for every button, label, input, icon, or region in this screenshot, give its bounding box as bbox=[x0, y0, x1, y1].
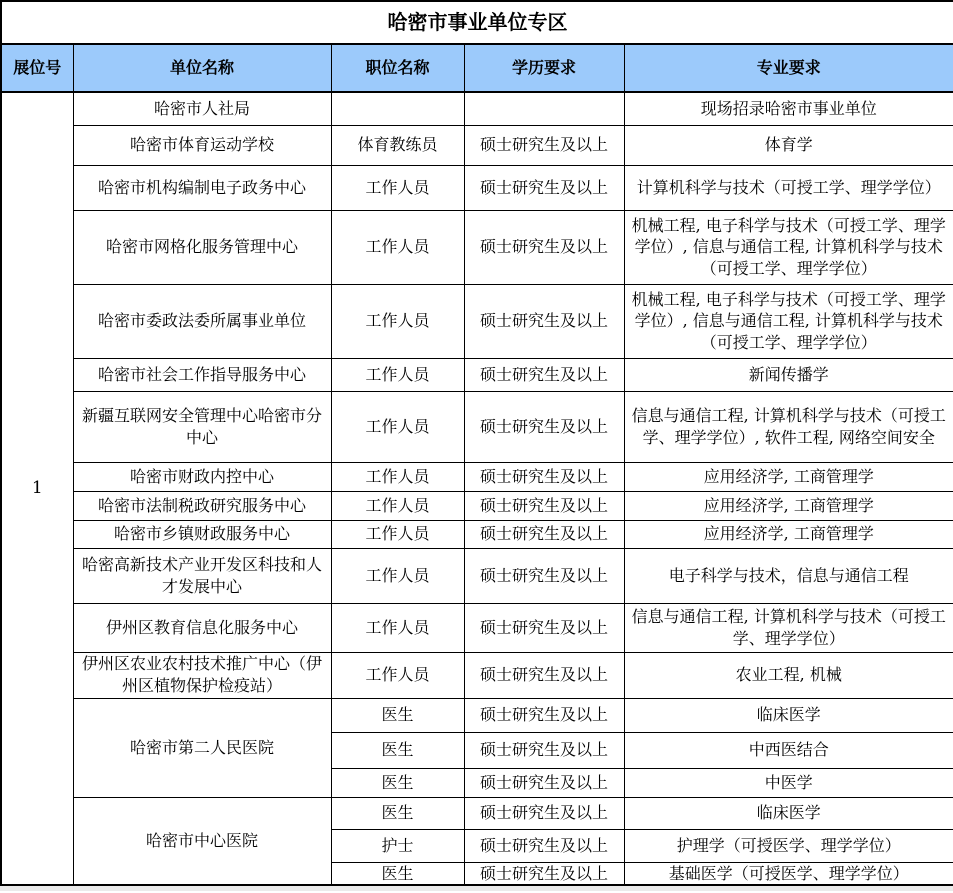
major-cell: 农业工程, 机械 bbox=[624, 652, 953, 698]
unit-cell: 哈密市委政法委所属事业单位 bbox=[73, 284, 331, 358]
education-cell: 硕士研究生及以上 bbox=[464, 491, 624, 520]
major-cell: 新闻传播学 bbox=[624, 358, 953, 391]
position-cell: 工作人员 bbox=[331, 491, 464, 520]
table-row: 伊州区教育信息化服务中心 工作人员 硕士研究生及以上 信息与通信工程, 计算机科… bbox=[1, 603, 953, 652]
major-cell: 现场招录哈密市事业单位 bbox=[624, 92, 953, 125]
position-cell bbox=[331, 92, 464, 125]
unit-cell: 哈密高新技术产业开发区科技和人才发展中心 bbox=[73, 548, 331, 603]
major-cell: 中西医结合 bbox=[624, 732, 953, 768]
unit-cell: 哈密市社会工作指导服务中心 bbox=[73, 358, 331, 391]
unit-cell: 伊州区教育信息化服务中心 bbox=[73, 603, 331, 652]
table-row: 哈密市机构编制电子政务中心 工作人员 硕士研究生及以上 计算机科学与技术（可授工… bbox=[1, 165, 953, 210]
education-cell: 硕士研究生及以上 bbox=[464, 732, 624, 768]
table-row: 哈密市财政内控中心 工作人员 硕士研究生及以上 应用经济学, 工商管理学 bbox=[1, 462, 953, 491]
major-cell: 应用经济学, 工商管理学 bbox=[624, 462, 953, 491]
education-cell: 硕士研究生及以上 bbox=[464, 829, 624, 862]
table-row: 哈密市社会工作指导服务中心 工作人员 硕士研究生及以上 新闻传播学 bbox=[1, 358, 953, 391]
table-row: 哈密市法制税政研究服务中心 工作人员 硕士研究生及以上 应用经济学, 工商管理学 bbox=[1, 491, 953, 520]
table-row: 新疆互联网安全管理中心哈密市分中心 工作人员 硕士研究生及以上 信息与通信工程,… bbox=[1, 391, 953, 462]
table-title-row: 哈密市事业单位专区 bbox=[1, 1, 953, 44]
position-cell: 医生 bbox=[331, 698, 464, 732]
education-cell: 硕士研究生及以上 bbox=[464, 462, 624, 491]
position-cell: 体育教练员 bbox=[331, 125, 464, 165]
education-cell: 硕士研究生及以上 bbox=[464, 698, 624, 732]
position-cell: 工作人员 bbox=[331, 284, 464, 358]
major-cell: 临床医学 bbox=[624, 698, 953, 732]
major-cell: 应用经济学, 工商管理学 bbox=[624, 520, 953, 548]
table-row: 哈密市中心医院 医生 硕士研究生及以上 临床医学 bbox=[1, 797, 953, 829]
table-row: 哈密市体育运动学校 体育教练员 硕士研究生及以上 体育学 bbox=[1, 125, 953, 165]
major-cell: 临床医学 bbox=[624, 797, 953, 829]
major-cell: 中医学 bbox=[624, 768, 953, 797]
table-row: 哈密市委政法委所属事业单位 工作人员 硕士研究生及以上 机械工程, 电子科学与技… bbox=[1, 284, 953, 358]
education-cell: 硕士研究生及以上 bbox=[464, 165, 624, 210]
col-header-unit: 单位名称 bbox=[73, 44, 331, 92]
education-cell: 硕士研究生及以上 bbox=[464, 768, 624, 797]
position-cell: 工作人员 bbox=[331, 165, 464, 210]
page-title: 哈密市事业单位专区 bbox=[1, 1, 953, 44]
position-cell: 医生 bbox=[331, 768, 464, 797]
booth-number-cell: 1 bbox=[1, 92, 73, 885]
major-cell: 电子科学与技术，信息与通信工程 bbox=[624, 548, 953, 603]
recruitment-table: 哈密市事业单位专区 展位号 单位名称 职位名称 学历要求 专业要求 1 哈密市人… bbox=[0, 0, 953, 886]
position-cell: 医生 bbox=[331, 732, 464, 768]
position-cell: 工作人员 bbox=[331, 391, 464, 462]
position-cell: 护士 bbox=[331, 829, 464, 862]
position-cell: 工作人员 bbox=[331, 652, 464, 698]
position-cell: 工作人员 bbox=[331, 520, 464, 548]
table-row: 哈密高新技术产业开发区科技和人才发展中心 工作人员 硕士研究生及以上 电子科学与… bbox=[1, 548, 953, 603]
major-cell: 基础医学（可授医学、理学学位） bbox=[624, 862, 953, 885]
position-cell: 工作人员 bbox=[331, 603, 464, 652]
unit-cell: 哈密市网格化服务管理中心 bbox=[73, 210, 331, 284]
table-row: 哈密市乡镇财政服务中心 工作人员 硕士研究生及以上 应用经济学, 工商管理学 bbox=[1, 520, 953, 548]
major-cell: 体育学 bbox=[624, 125, 953, 165]
table-row: 1 哈密市人社局 现场招录哈密市事业单位 bbox=[1, 92, 953, 125]
unit-cell: 哈密市第二人民医院 bbox=[73, 698, 331, 797]
education-cell: 硕士研究生及以上 bbox=[464, 548, 624, 603]
position-cell: 医生 bbox=[331, 862, 464, 885]
table-row: 伊州区农业农村技术推广中心（伊州区植物保护检疫站） 工作人员 硕士研究生及以上 … bbox=[1, 652, 953, 698]
table-row: 哈密市第二人民医院 医生 硕士研究生及以上 临床医学 bbox=[1, 698, 953, 732]
col-header-major: 专业要求 bbox=[624, 44, 953, 92]
major-cell: 机械工程, 电子科学与技术（可授工学、理学学位）, 信息与通信工程, 计算机科学… bbox=[624, 284, 953, 358]
education-cell: 硕士研究生及以上 bbox=[464, 358, 624, 391]
major-cell: 护理学（可授医学、理学学位） bbox=[624, 829, 953, 862]
unit-cell: 哈密市体育运动学校 bbox=[73, 125, 331, 165]
position-cell: 工作人员 bbox=[331, 358, 464, 391]
education-cell: 硕士研究生及以上 bbox=[464, 603, 624, 652]
major-cell: 信息与通信工程, 计算机科学与技术（可授工学、理学学位） bbox=[624, 603, 953, 652]
unit-cell: 哈密市人社局 bbox=[73, 92, 331, 125]
position-cell: 工作人员 bbox=[331, 210, 464, 284]
education-cell: 硕士研究生及以上 bbox=[464, 862, 624, 885]
education-cell: 硕士研究生及以上 bbox=[464, 210, 624, 284]
education-cell bbox=[464, 92, 624, 125]
major-cell: 计算机科学与技术（可授工学、理学学位） bbox=[624, 165, 953, 210]
education-cell: 硕士研究生及以上 bbox=[464, 391, 624, 462]
partial-next-section-strip bbox=[0, 886, 953, 891]
major-cell: 机械工程, 电子科学与技术（可授工学、理学学位）, 信息与通信工程, 计算机科学… bbox=[624, 210, 953, 284]
unit-cell: 伊州区农业农村技术推广中心（伊州区植物保护检疫站） bbox=[73, 652, 331, 698]
unit-cell: 新疆互联网安全管理中心哈密市分中心 bbox=[73, 391, 331, 462]
unit-cell: 哈密市乡镇财政服务中心 bbox=[73, 520, 331, 548]
unit-cell: 哈密市法制税政研究服务中心 bbox=[73, 491, 331, 520]
col-header-booth: 展位号 bbox=[1, 44, 73, 92]
unit-cell: 哈密市财政内控中心 bbox=[73, 462, 331, 491]
education-cell: 硕士研究生及以上 bbox=[464, 284, 624, 358]
position-cell: 工作人员 bbox=[331, 548, 464, 603]
col-header-education: 学历要求 bbox=[464, 44, 624, 92]
major-cell: 信息与通信工程, 计算机科学与技术（可授工学、理学学位）, 软件工程, 网络空间… bbox=[624, 391, 953, 462]
major-cell: 应用经济学, 工商管理学 bbox=[624, 491, 953, 520]
position-cell: 医生 bbox=[331, 797, 464, 829]
table-header-row: 展位号 单位名称 职位名称 学历要求 专业要求 bbox=[1, 44, 953, 92]
education-cell: 硕士研究生及以上 bbox=[464, 125, 624, 165]
education-cell: 硕士研究生及以上 bbox=[464, 520, 624, 548]
unit-cell: 哈密市中心医院 bbox=[73, 797, 331, 885]
col-header-position: 职位名称 bbox=[331, 44, 464, 92]
education-cell: 硕士研究生及以上 bbox=[464, 797, 624, 829]
unit-cell: 哈密市机构编制电子政务中心 bbox=[73, 165, 331, 210]
education-cell: 硕士研究生及以上 bbox=[464, 652, 624, 698]
table-row: 哈密市网格化服务管理中心 工作人员 硕士研究生及以上 机械工程, 电子科学与技术… bbox=[1, 210, 953, 284]
position-cell: 工作人员 bbox=[331, 462, 464, 491]
